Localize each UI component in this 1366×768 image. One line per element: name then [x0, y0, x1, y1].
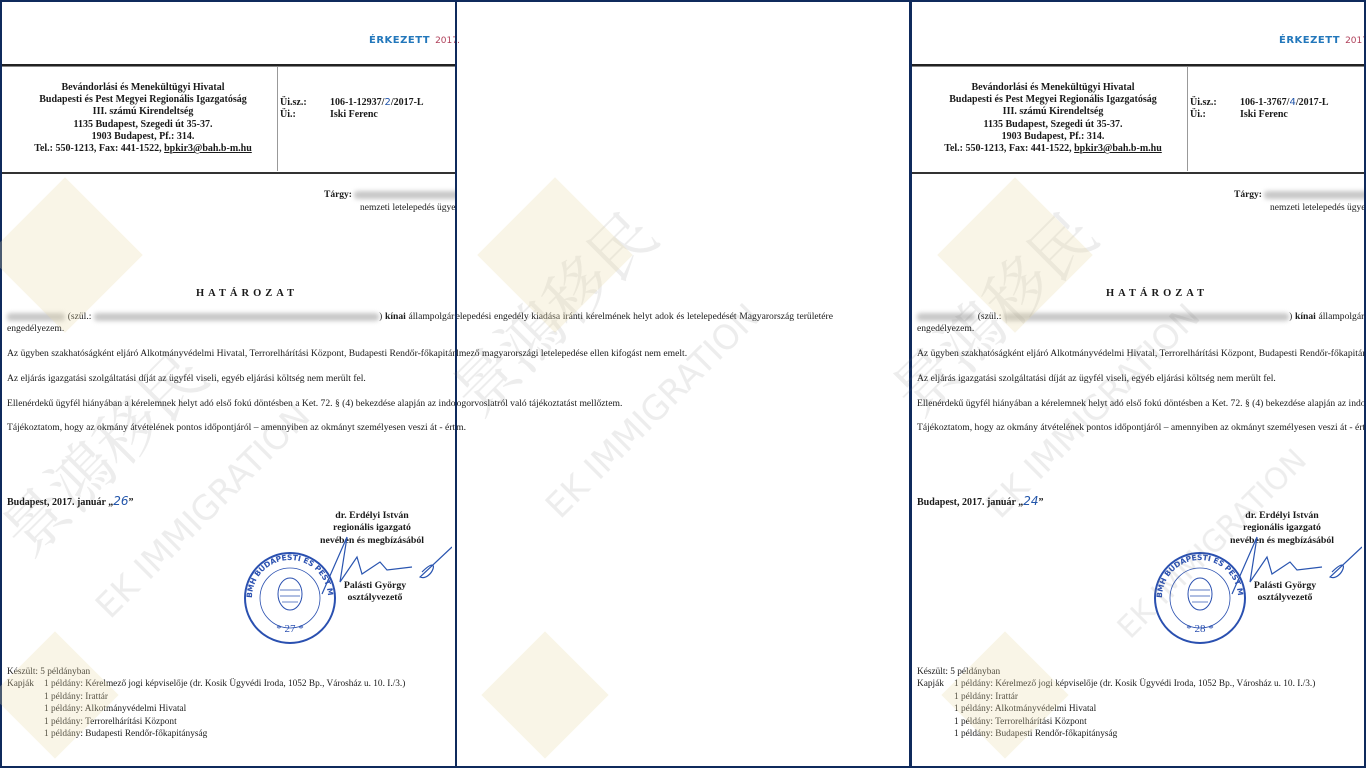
redacted-birth-data [94, 313, 379, 321]
header-bottom-rule [2, 172, 455, 174]
redacted-name [1264, 191, 1364, 199]
document-page-1: ÉRKEZETT2017 M Bevándorlási és Menekültü… [2, 2, 455, 766]
decision-body: (szül.: ) kínai állampolgár nemzeti lete… [7, 311, 455, 447]
header-rule-thin [912, 66, 1364, 67]
header-divider [277, 67, 278, 171]
redacted-name [354, 191, 455, 199]
document-title: HATÁROZAT [912, 288, 1364, 299]
document-page-3: ÉRKEZETT2017 MÁRC 09. Bevándorlási és Me… [912, 2, 1364, 766]
svg-text:* 28 *: * 28 * [1186, 623, 1214, 635]
received-stamp: ÉRKEZETT2017 MÁRC 09. [457, 35, 460, 46]
decision-date: Budapest, 2017. január „26” [7, 494, 134, 508]
redacted-birth-data [1004, 313, 1289, 321]
office-address: Bevándorlási és Menekültügyi HivatalBuda… [14, 82, 272, 155]
svg-text:BMH BUDAPESTI ÉS PEST MEGYEI R: BMH BUDAPESTI ÉS PEST MEGYEI REGIONÁLIS … [242, 550, 335, 598]
document-page-2: ÉRKEZETT2017 MÁRC 09. Bevándorlási és Me… [457, 2, 909, 766]
document-title: HATÁROZAT [2, 288, 455, 299]
received-stamp: ÉRKEZETT2017 MÁRC 09. [1279, 35, 1364, 46]
official-seal: BMH BUDAPESTI ÉS PEST MEGYEI REGIONÁLIS … [242, 550, 338, 646]
reference-block: Üi.sz.:106-1-3767/4/2017-L Üi.:Iski Fere… [1190, 97, 1329, 121]
decision-date: Budapest, 2017. január „24” [917, 494, 1044, 508]
office-address: Bevándorlási és Menekültügyi HivatalBuda… [924, 82, 1182, 155]
email-link[interactable]: bpkir3@bah.b-m.hu [1074, 143, 1162, 154]
distribution-list: Készült: 5 példányban Kapják1 példány: K… [7, 666, 405, 740]
svg-text:BMH BUDAPESTI ÉS PEST MEGYEI R: BMH BUDAPESTI ÉS PEST MEGYEI REGIONÁLIS … [1152, 550, 1245, 598]
header-divider [1187, 67, 1188, 171]
subject: Tárgy: nemzeti letelepedés ügye [324, 189, 455, 215]
header-bottom-rule [912, 172, 1364, 174]
redacted-name [7, 313, 65, 321]
received-stamp: ÉRKEZETT2017 M [369, 35, 455, 46]
decision-body: (szül.: ) kínai állampolgár nemzeti lete… [917, 311, 1364, 447]
redacted-name [917, 313, 975, 321]
reference-block: Üi.sz.:106-1-12937/2/2017-L Üi.:Iski Fer… [280, 97, 424, 121]
subject: Tárgy: nemzeti letelepedés ügye [1234, 189, 1364, 215]
header-rule-thin [2, 66, 455, 67]
email-link[interactable]: bpkir3@bah.b-m.hu [164, 143, 252, 154]
svg-text:* 27 *: * 27 * [276, 623, 304, 635]
decision-body: (szül.: ) kínai állampolgár nemzeti lete… [457, 311, 833, 447]
official-seal: BMH BUDAPESTI ÉS PEST MEGYEI REGIONÁLIS … [1152, 550, 1248, 646]
distribution-list: Készült: 5 példányban Kapják1 példány: K… [917, 666, 1315, 740]
